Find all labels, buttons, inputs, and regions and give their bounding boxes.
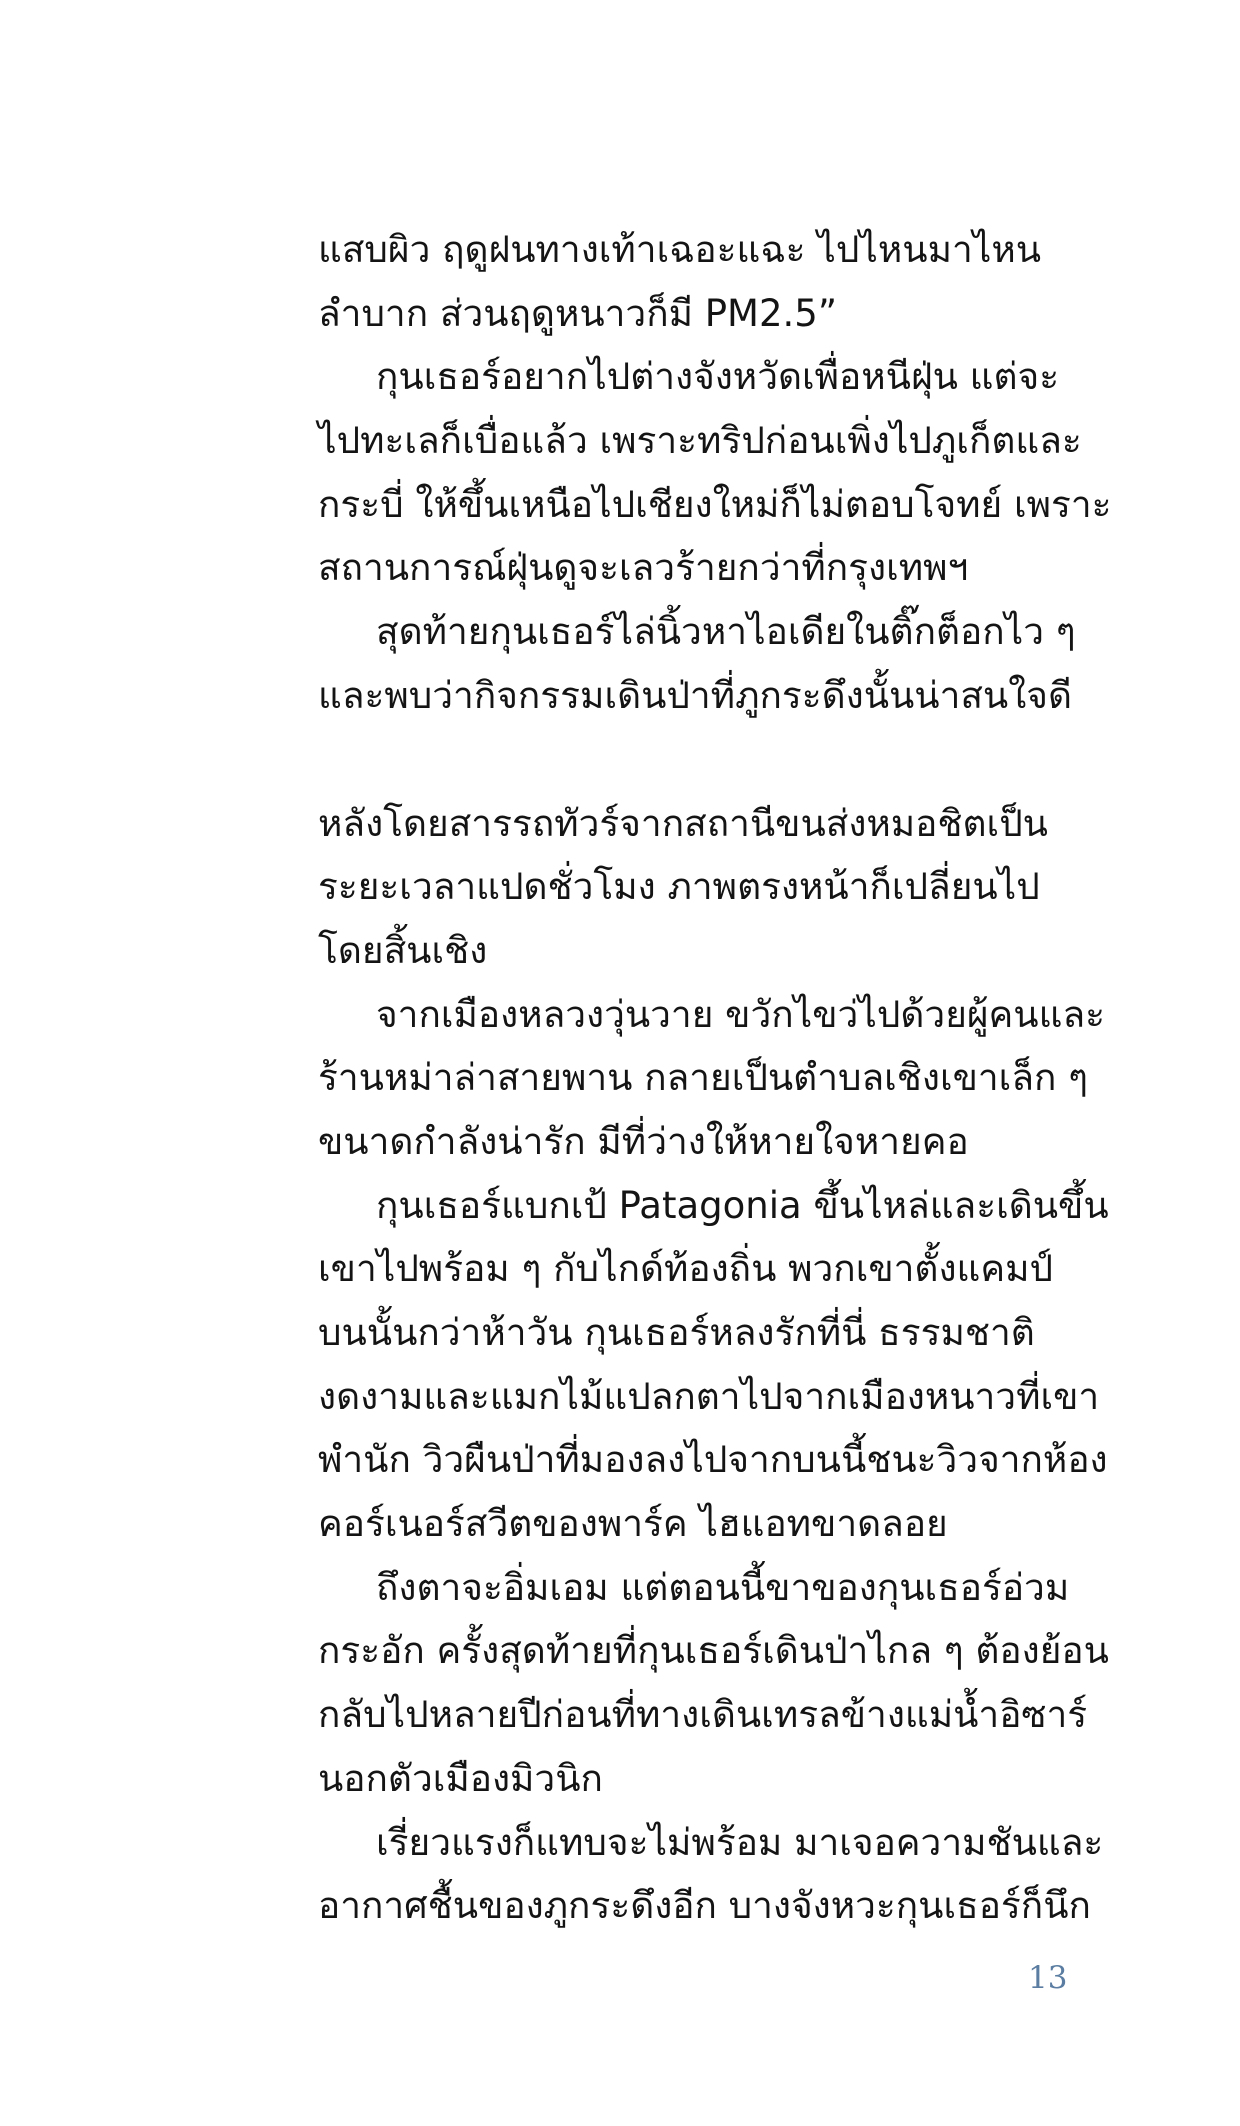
text-line: อากาศชื้นของภูกระดึงอีก บางจังหวะกุนเธอร…	[318, 1874, 1080, 1938]
text-line: ระยะเวลาแปดชั่วโมง ภาพตรงหน้าก็เปลี่ยนไป	[318, 855, 1080, 919]
text-line: สุดท้ายกุนเธอร์ไล่นิ้วหาไอเดียในติ๊กต็อก…	[318, 600, 1080, 664]
text-line: เขาไปพร้อม ๆ กับไกด์ท้องถิ่น พวกเขาตั้งแ…	[318, 1237, 1080, 1301]
text-line: สถานการณ์ฝุ่นดูจะเลวร้ายกว่าที่กรุงเทพฯ	[318, 536, 1080, 600]
paragraph: กุนเธอร์แบกเป้ Patagonia ขึ้นไหล่และเดิน…	[318, 1174, 1080, 1556]
text-line: เรี่ยวแรงก็แทบจะไม่พร้อม มาเจอความชันและ	[318, 1811, 1080, 1875]
text-line: แสบผิว ฤดูฝนทางเท้าเฉอะแฉะ ไปไหนมาไหน	[318, 218, 1080, 282]
text-line: คอร์เนอร์สวีตของพาร์ค ไฮแอทขาดลอย	[318, 1492, 1080, 1556]
text-line: ถึงตาจะอิ่มเอม แต่ตอนนี้ขาของกุนเธอร์อ่ว…	[318, 1556, 1080, 1620]
text-line: พำนัก วิวผืนป่าที่มองลงไปจากบนนี้ชนะวิวจ…	[318, 1428, 1080, 1492]
body-text: แสบผิว ฤดูฝนทางเท้าเฉอะแฉะ ไปไหนมาไหน ลำ…	[318, 218, 1080, 1938]
paragraph: ถึงตาจะอิ่มเอม แต่ตอนนี้ขาของกุนเธอร์อ่ว…	[318, 1556, 1080, 1811]
text-line: ลำบาก ส่วนฤดูหนาวก็มี PM2.5”	[318, 282, 1080, 346]
text-line: และพบว่ากิจกรรมเดินป่าที่ภูกระดึงนั้นน่า…	[318, 664, 1080, 728]
text-line: งดงามและแมกไม้แปลกตาไปจากเมืองหนาวที่เขา	[318, 1365, 1080, 1429]
text-line: หลังโดยสารรถทัวร์จากสถานีขนส่งหมอชิตเป็น	[318, 792, 1080, 856]
text-line: จากเมืองหลวงวุ่นวาย ขวักไขว่ไปด้วยผู้คนแ…	[318, 983, 1080, 1047]
book-page: แสบผิว ฤดูฝนทางเท้าเฉอะแฉะ ไปไหนมาไหน ลำ…	[0, 0, 1240, 2126]
paragraph: สุดท้ายกุนเธอร์ไล่นิ้วหาไอเดียในติ๊กต็อก…	[318, 600, 1080, 727]
text-line: กระอัก ครั้งสุดท้ายที่กุนเธอร์เดินป่าไกล…	[318, 1619, 1080, 1683]
paragraph: แสบผิว ฤดูฝนทางเท้าเฉอะแฉะ ไปไหนมาไหน ลำ…	[318, 218, 1080, 345]
page-number: 13	[1028, 1960, 1067, 1996]
text-line: ขนาดกำลังน่ารัก มีที่ว่างให้หายใจหายคอ	[318, 1110, 1080, 1174]
text-line: ไปทะเลก็เบื่อแล้ว เพราะทริปก่อนเพิ่งไปภู…	[318, 409, 1080, 473]
text-line: โดยสิ้นเชิง	[318, 919, 1080, 983]
paragraph: กุนเธอร์อยากไปต่างจังหวัดเพื่อหนีฝุ่น แต…	[318, 345, 1080, 600]
text-line: กุนเธอร์อยากไปต่างจังหวัดเพื่อหนีฝุ่น แต…	[318, 345, 1080, 409]
text-line: กลับไปหลายปีก่อนที่ทางเดินเทรลข้างแม่น้ำ…	[318, 1683, 1080, 1747]
paragraph: จากเมืองหลวงวุ่นวาย ขวักไขว่ไปด้วยผู้คนแ…	[318, 983, 1080, 1174]
text-line: บนนั้นกว่าห้าวัน กุนเธอร์หลงรักที่นี่ ธร…	[318, 1301, 1080, 1365]
text-line: ร้านหม่าล่าสายพาน กลายเป็นตำบลเชิงเขาเล็…	[318, 1046, 1080, 1110]
text-line: กุนเธอร์แบกเป้ Patagonia ขึ้นไหล่และเดิน…	[318, 1174, 1080, 1238]
paragraph: หลังโดยสารรถทัวร์จากสถานีขนส่งหมอชิตเป็น…	[318, 792, 1080, 983]
text-line: กระบี่ ให้ขึ้นเหนือไปเชียงใหม่ก็ไม่ตอบโจ…	[318, 473, 1080, 537]
text-line: นอกตัวเมืองมิวนิก	[318, 1747, 1080, 1811]
paragraph: เรี่ยวแรงก็แทบจะไม่พร้อม มาเจอความชันและ…	[318, 1811, 1080, 1938]
